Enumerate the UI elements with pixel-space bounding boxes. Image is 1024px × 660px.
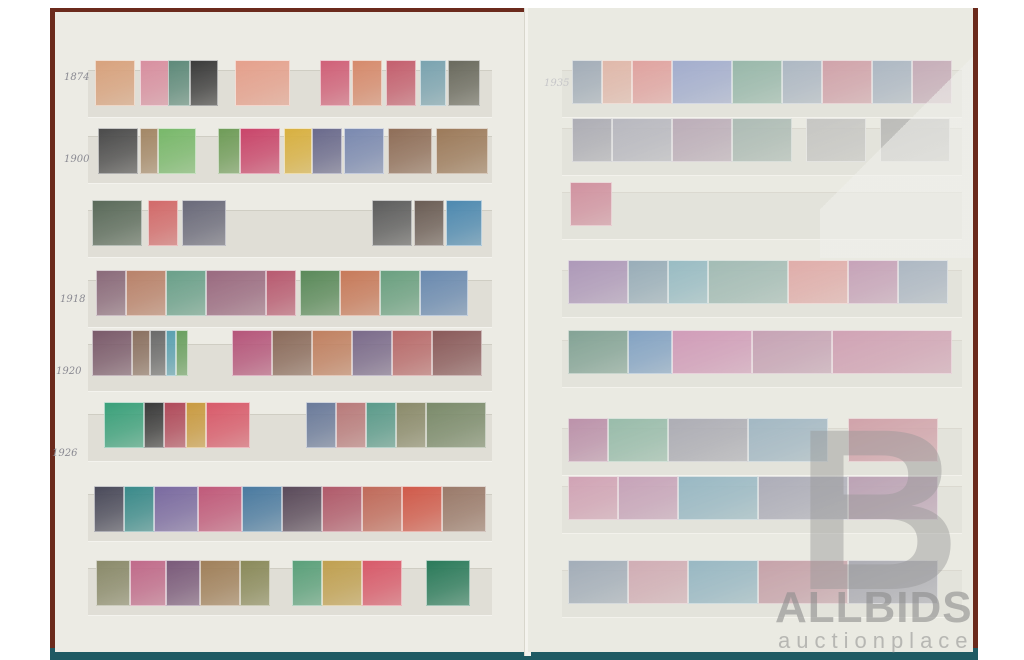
postage-stamp (164, 402, 186, 448)
year-label-1918: 1918 (60, 294, 85, 305)
postage-stamp (672, 60, 732, 104)
postage-stamp (380, 270, 420, 316)
postage-stamp (362, 560, 402, 606)
postage-stamp (632, 60, 672, 104)
postage-stamp (166, 330, 176, 376)
postage-stamp (426, 560, 470, 606)
postage-stamp (300, 270, 340, 316)
postage-stamp (602, 60, 632, 104)
postage-stamp (132, 330, 150, 376)
year-label-1920: 1920 (56, 366, 81, 377)
postage-stamp (392, 330, 432, 376)
postage-stamp (292, 560, 322, 606)
postage-stamp (628, 560, 688, 604)
postage-stamp (372, 200, 412, 246)
postage-stamp (362, 486, 402, 532)
postage-stamp (96, 270, 126, 316)
postage-stamp (848, 260, 898, 304)
postage-stamp (402, 486, 442, 532)
postage-stamp (182, 200, 226, 246)
postage-stamp (396, 402, 426, 448)
postage-stamp (832, 330, 952, 374)
postage-stamp (322, 486, 362, 532)
postage-stamp (442, 486, 486, 532)
postage-stamp (708, 260, 788, 304)
postage-stamp (235, 60, 290, 106)
postage-stamp (206, 402, 250, 448)
postage-stamp (206, 270, 266, 316)
postage-stamp (612, 118, 672, 162)
postage-stamp (126, 270, 166, 316)
postage-stamp (150, 330, 166, 376)
postage-stamp (420, 60, 446, 106)
postage-stamp (628, 330, 672, 374)
glassine-fold (820, 8, 973, 258)
postage-stamp (96, 560, 130, 606)
postage-stamp (668, 260, 708, 304)
year-label-1935: 1935 (544, 78, 569, 89)
postage-stamp (898, 260, 948, 304)
postage-stamp (240, 560, 270, 606)
postage-stamp (782, 60, 822, 104)
postage-stamp (284, 128, 312, 174)
postage-stamp (414, 200, 444, 246)
postage-stamp (386, 60, 416, 106)
postage-stamp (570, 182, 612, 226)
postage-stamp (352, 60, 382, 106)
postage-stamp (672, 118, 732, 162)
postage-stamp (272, 330, 312, 376)
postage-stamp (104, 402, 144, 448)
postage-stamp (200, 560, 240, 606)
postage-stamp (232, 330, 272, 376)
postage-stamp (568, 260, 628, 304)
postage-stamp (352, 330, 392, 376)
postage-stamp (312, 330, 352, 376)
postage-stamp (628, 260, 668, 304)
postage-stamp (176, 330, 188, 376)
postage-stamp (420, 270, 468, 316)
postage-stamp (668, 418, 748, 462)
year-label-1874: 1874 (64, 72, 89, 83)
postage-stamp (144, 402, 164, 448)
postage-stamp (312, 128, 342, 174)
postage-stamp (140, 128, 158, 174)
postage-stamp (572, 118, 612, 162)
postage-stamp (568, 330, 628, 374)
postage-stamp (426, 402, 486, 448)
postage-stamp (240, 128, 280, 174)
postage-stamp (186, 402, 206, 448)
postage-stamp (168, 60, 190, 106)
postage-stamp (568, 418, 608, 462)
postage-stamp (130, 560, 166, 606)
postage-stamp (388, 128, 432, 174)
watermark-tagline: auctionplace (778, 628, 974, 654)
postage-stamp (166, 560, 200, 606)
postage-stamp (436, 128, 488, 174)
postage-stamp (320, 60, 350, 106)
postage-stamp (95, 60, 135, 106)
postage-stamp (124, 486, 154, 532)
postage-stamp (306, 402, 336, 448)
postage-stamp (158, 128, 196, 174)
postage-stamp (340, 270, 380, 316)
postage-stamp (568, 560, 628, 604)
postage-stamp (198, 486, 242, 532)
year-label-1926: 1926 (52, 448, 77, 459)
postage-stamp (448, 60, 480, 106)
postage-stamp (166, 270, 206, 316)
watermark-brand: ALLBIDS (775, 583, 973, 633)
postage-stamp (608, 418, 668, 462)
postage-stamp (266, 270, 296, 316)
postage-stamp (366, 402, 396, 448)
postage-stamp (618, 476, 678, 520)
postage-stamp (218, 128, 240, 174)
postage-stamp (732, 118, 792, 162)
postage-stamp (154, 486, 198, 532)
postage-stamp (568, 476, 618, 520)
postage-stamp (98, 128, 138, 174)
postage-stamp (336, 402, 366, 448)
postage-stamp (92, 330, 132, 376)
postage-stamp (190, 60, 218, 106)
postage-stamp (92, 200, 142, 246)
postage-stamp (672, 330, 752, 374)
postage-stamp (678, 476, 758, 520)
postage-stamp (446, 200, 482, 246)
postage-stamp (688, 560, 758, 604)
postage-stamp (148, 200, 178, 246)
postage-stamp (344, 128, 384, 174)
postage-stamp (788, 260, 848, 304)
postage-stamp (572, 60, 602, 104)
postage-stamp (140, 60, 170, 106)
postage-stamp (732, 60, 782, 104)
postage-stamp (752, 330, 832, 374)
postage-stamp (94, 486, 124, 532)
postage-stamp (432, 330, 482, 376)
postage-stamp (322, 560, 362, 606)
postage-stamp (282, 486, 322, 532)
postage-stamp (242, 486, 282, 532)
year-label-1900: 1900 (64, 154, 89, 165)
